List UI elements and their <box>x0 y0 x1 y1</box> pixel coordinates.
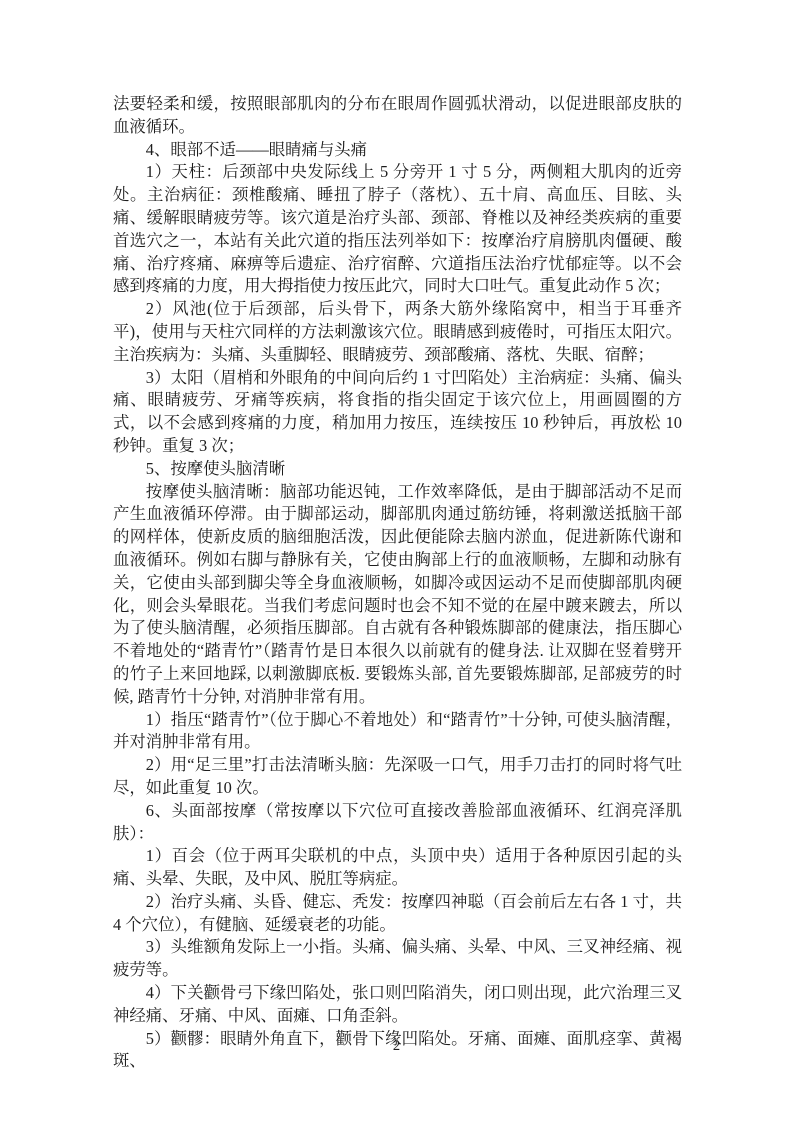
document-page: 法要轻柔和缓，按照眼部肌肉的分布在眼周作圆弧状滑动，以促进眼部皮肤的血液循环。4… <box>0 0 793 1122</box>
paragraph: 2）用“足三里”打击法清晰头脑：先深吸一口气，用手刀击打的同时将气吐尽，如此重复… <box>113 754 682 800</box>
paragraph: 按摩使头脑清晰：脑部功能迟钝，工作效率降低，是由于脚部活动不足而产生血液循环停滞… <box>113 481 682 709</box>
paragraph: 4）下关颧骨弓下缘凹陷处，张口则凹陷消失，闭口则出现，此穴治理三叉神经痛、牙痛、… <box>113 982 682 1028</box>
paragraph: 1）天柱：后颈部中央发际线上 5 分旁开 1 寸 5 分，两侧粗大肌肉的近旁处。… <box>113 161 682 298</box>
page-number: 2 <box>393 1038 400 1054</box>
page-footer: 2 <box>0 1036 793 1056</box>
paragraph: 5、按摩使头脑清晰 <box>113 458 682 481</box>
paragraph: 3）太阳（眉梢和外眼角的中间向后约 1 寸凹陷处）主治病症：头痛、偏头痛、眼睛疲… <box>113 367 682 458</box>
paragraph: 2）风池(位于后颈部，后头骨下，两条大筋外缘陷窝中，相当于耳垂齐平)，使用与天柱… <box>113 298 682 366</box>
paragraph: 1）指压“踏青竹”（位于脚心不着地处）和“踏青竹”十分钟, 可使头脑清醒，并对消… <box>113 709 682 755</box>
paragraph: 4、眼部不适——眼睛痛与头痛 <box>113 139 682 162</box>
paragraph: 2）治疗头痛、头昏、健忘、秃发：按摩四神聪（百会前后左右各 1 寸，共 4 个穴… <box>113 891 682 937</box>
paragraph: 法要轻柔和缓，按照眼部肌肉的分布在眼周作圆弧状滑动，以促进眼部皮肤的血液循环。 <box>113 93 682 139</box>
paragraph: 6、头面部按摩（常按摩以下穴位可直接改善脸部血液循环、红润亮泽肌肤）： <box>113 800 682 846</box>
paragraph: 1）百会（位于两耳尖联机的中点，头顶中央）适用于各种原因引起的头痛、头晕、失眠，… <box>113 845 682 891</box>
paragraph: 3）头维额角发际上一小指。头痛、偏头痛、头晕、中风、三叉神经痛、视疲劳等。 <box>113 936 682 982</box>
text-block: 法要轻柔和缓，按照眼部肌肉的分布在眼周作圆弧状滑动，以促进眼部皮肤的血液循环。4… <box>113 93 682 1073</box>
